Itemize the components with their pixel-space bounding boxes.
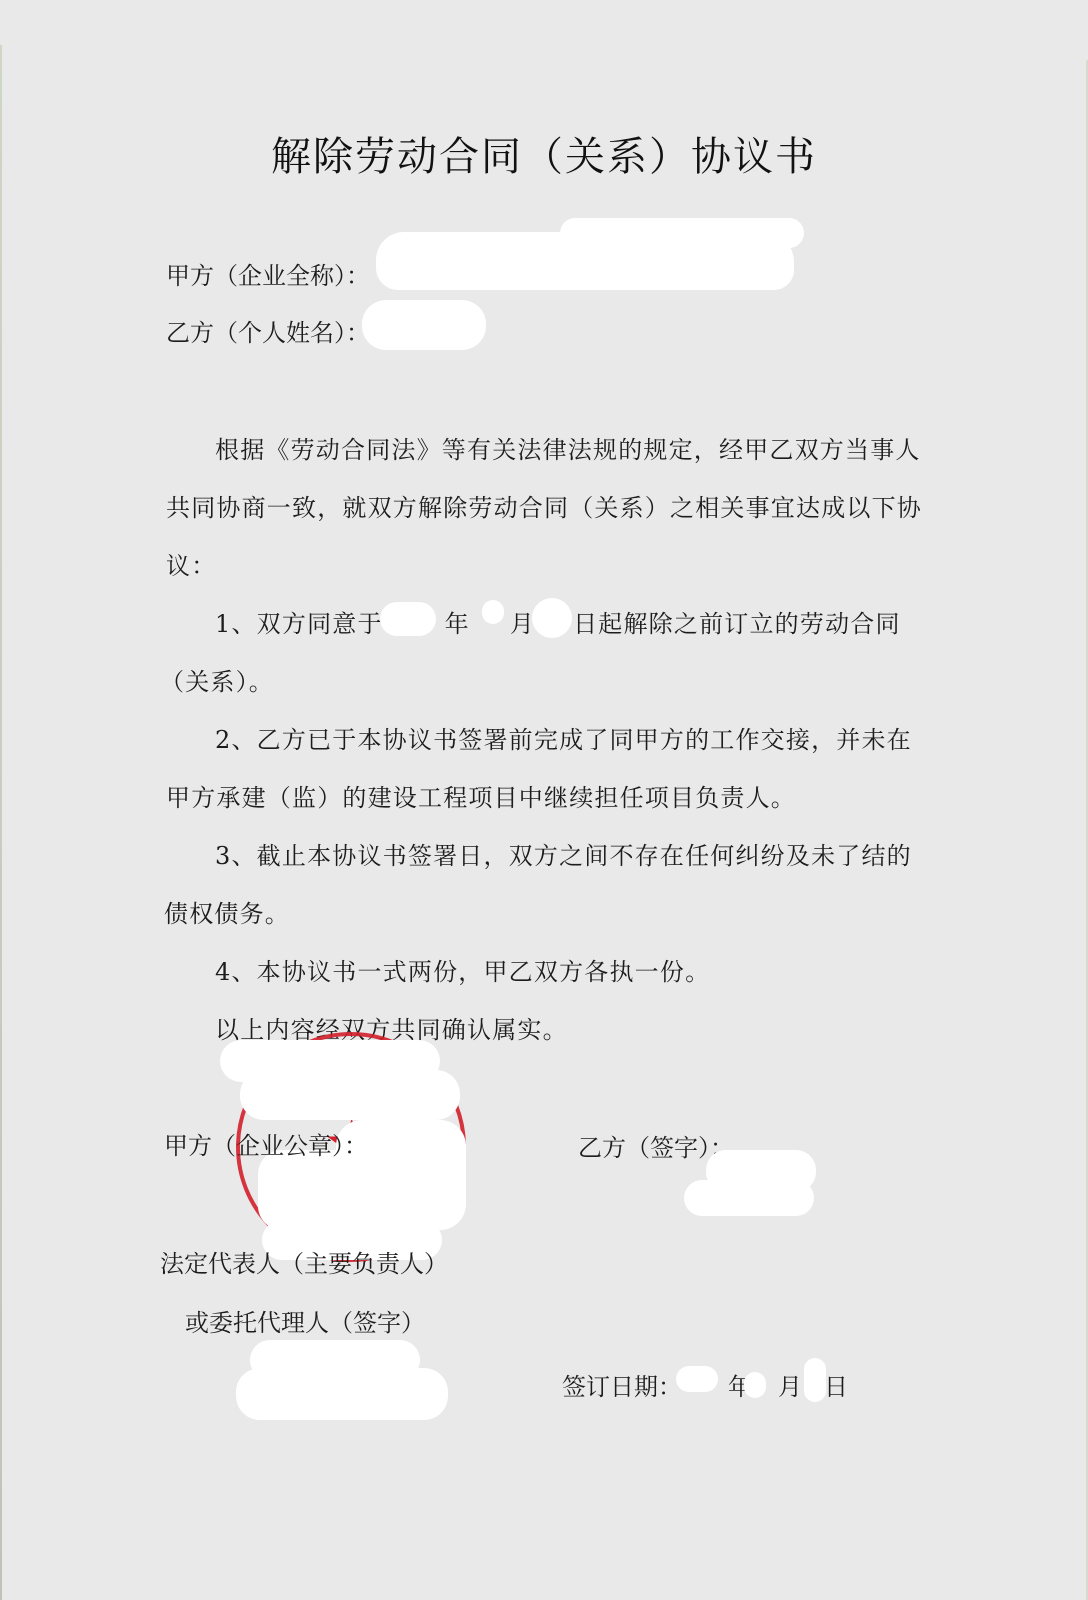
clause-2-number: 2、 [215,726,257,754]
clause-3-text: 截止本协议书签署日，双方之间不存在任何纠纷及未了结的 [257,842,912,870]
clause-4-number: 4、 [215,958,257,986]
party-b-label: 乙方（个人姓名）： [166,313,370,348]
party-b-redaction [362,300,486,350]
clause-1-year-label: 年 [445,610,470,638]
clause-1-year-redaction [380,602,436,636]
date-month-label: 月 [778,1373,802,1401]
legal-representative-label: 法定代表人（主要负责人） [160,1244,448,1279]
clause-1-text-a: 双方同意于 [257,610,383,638]
agent-signature-redaction-2 [236,1368,448,1420]
party-b-signature-redaction-2 [684,1180,814,1216]
party-a-seal-label: 甲方（企业公章）： [164,1126,368,1161]
clause-2-line-2: 甲方承建（监）的建设工程项目中继续担任项目负责人。 [166,778,796,813]
intro-line-2: 共同协商一致，就双方解除劳动合同（关系）之相关事宜达成以下协 [166,488,922,523]
clause-1-text-b: 日起解除之前订立的劳动合同 [573,610,901,638]
seal-redaction-2 [240,1070,460,1120]
clause-1-month-redaction [482,600,504,624]
date-day-label: 日 [824,1373,848,1401]
clause-2-line-1: 2、乙方已于本协议书签署前完成了同甲方的工作交接，并未在 [215,720,912,755]
intro-line-1: 根据《劳动合同法》等有关法律法规的规定，经甲乙双方当事人 [215,430,921,465]
date-label: 签订日期： [562,1373,682,1401]
clause-3-line-2: 债权债务。 [164,894,290,929]
clause-4-text: 本协议书一式两份，甲乙双方各执一份。 [257,958,711,986]
clause-3-line-1: 3、截止本协议书签署日，双方之间不存在任何纠纷及未了结的 [215,836,912,871]
clause-4-line-1: 4、本协议书一式两份，甲乙双方各执一份。 [215,952,710,987]
date-year-redaction [676,1366,718,1392]
clause-2-text: 乙方已于本协议书签署前完成了同甲方的工作交接，并未在 [257,726,912,754]
document-title: 解除劳动合同（关系）协议书 [0,125,1088,182]
clause-1-day-redaction [532,598,572,638]
authorized-agent-label: 或委托代理人（签字） [185,1303,425,1338]
party-a-label: 甲方（企业全称）： [166,256,370,291]
party-a-redaction-top [560,218,804,248]
clause-3-number: 3、 [215,842,257,870]
intro-line-3: 议： [166,546,216,581]
paper-edge-left [0,45,2,1600]
date-day-redaction [804,1358,826,1402]
date-month-redaction [744,1372,766,1398]
clause-1-number: 1、 [215,610,257,638]
clause-1-line-2: （关系）。 [160,662,274,697]
